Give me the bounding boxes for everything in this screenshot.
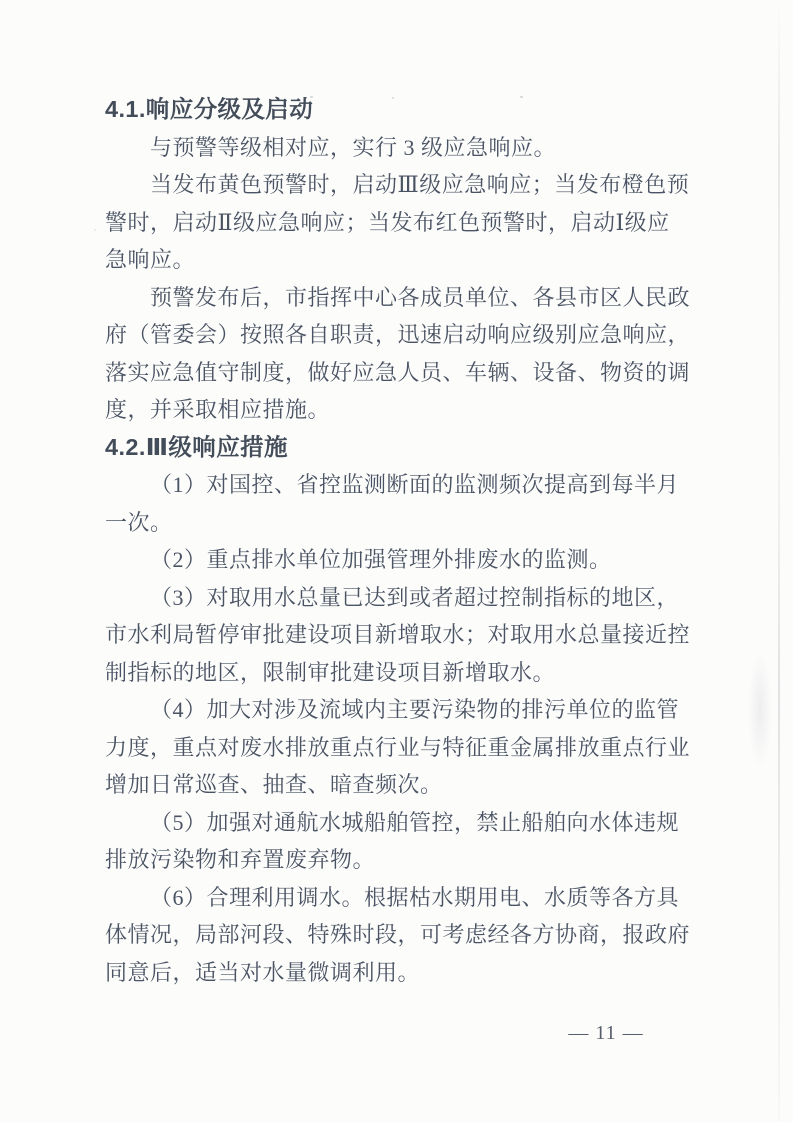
page-number: — 11 —	[556, 1021, 656, 1045]
document-page: 4.1.响应分级及启动与预警等级相对应，实行 3 级应急响应。当发布黄色预警时，…	[0, 0, 793, 1122]
scan-artifact-smudge	[748, 650, 772, 770]
section-heading: 4.2.Ⅲ级响应措施	[105, 429, 705, 467]
document-body: 4.1.响应分级及启动与预警等级相对应，实行 3 级应急响应。当发布黄色预警时，…	[105, 91, 705, 991]
paragraph: 预警发布后，市指挥中心各成员单位、各县市区人民政 府（管委会）按照各自职责，迅速…	[105, 279, 705, 429]
paragraph: （1）对国控、省控监测断面的监测频次提高到每半月 一次。	[105, 466, 705, 541]
scan-artifact-edge-line	[778, 0, 780, 1122]
section-heading: 4.1.响应分级及启动	[105, 91, 705, 129]
paragraph: （5）加强对通航水城船舶管控，禁止船舶向水体违规 排放污染物和弃置废弃物。	[105, 804, 705, 879]
scan-artifact-speck	[310, 96, 313, 98]
scan-artifact-speck	[392, 97, 394, 99]
paragraph: 当发布黄色预警时，启动Ⅲ级应急响应；当发布橙色预 警时，启动Ⅱ级应急响应；当发布…	[105, 166, 705, 279]
paragraph: （2）重点排水单位加强管理外排废水的监测。	[105, 541, 705, 579]
scan-artifact-speck	[94, 229, 96, 231]
scan-artifact-speck	[520, 96, 523, 98]
paragraph: （4）加大对涉及流域内主要污染物的排污单位的监管 力度，重点对废水排放重点行业与…	[105, 691, 705, 804]
paragraph: 与预警等级相对应，实行 3 级应急响应。	[105, 129, 705, 167]
paragraph: （3）对取用水总量已达到或者超过控制指标的地区， 市水利局暂停审批建设项目新增取…	[105, 579, 705, 692]
paragraph: （6）合理利用调水。根据枯水期用电、水质等各方具 体情况，局部河段、特殊时段，可…	[105, 879, 705, 992]
